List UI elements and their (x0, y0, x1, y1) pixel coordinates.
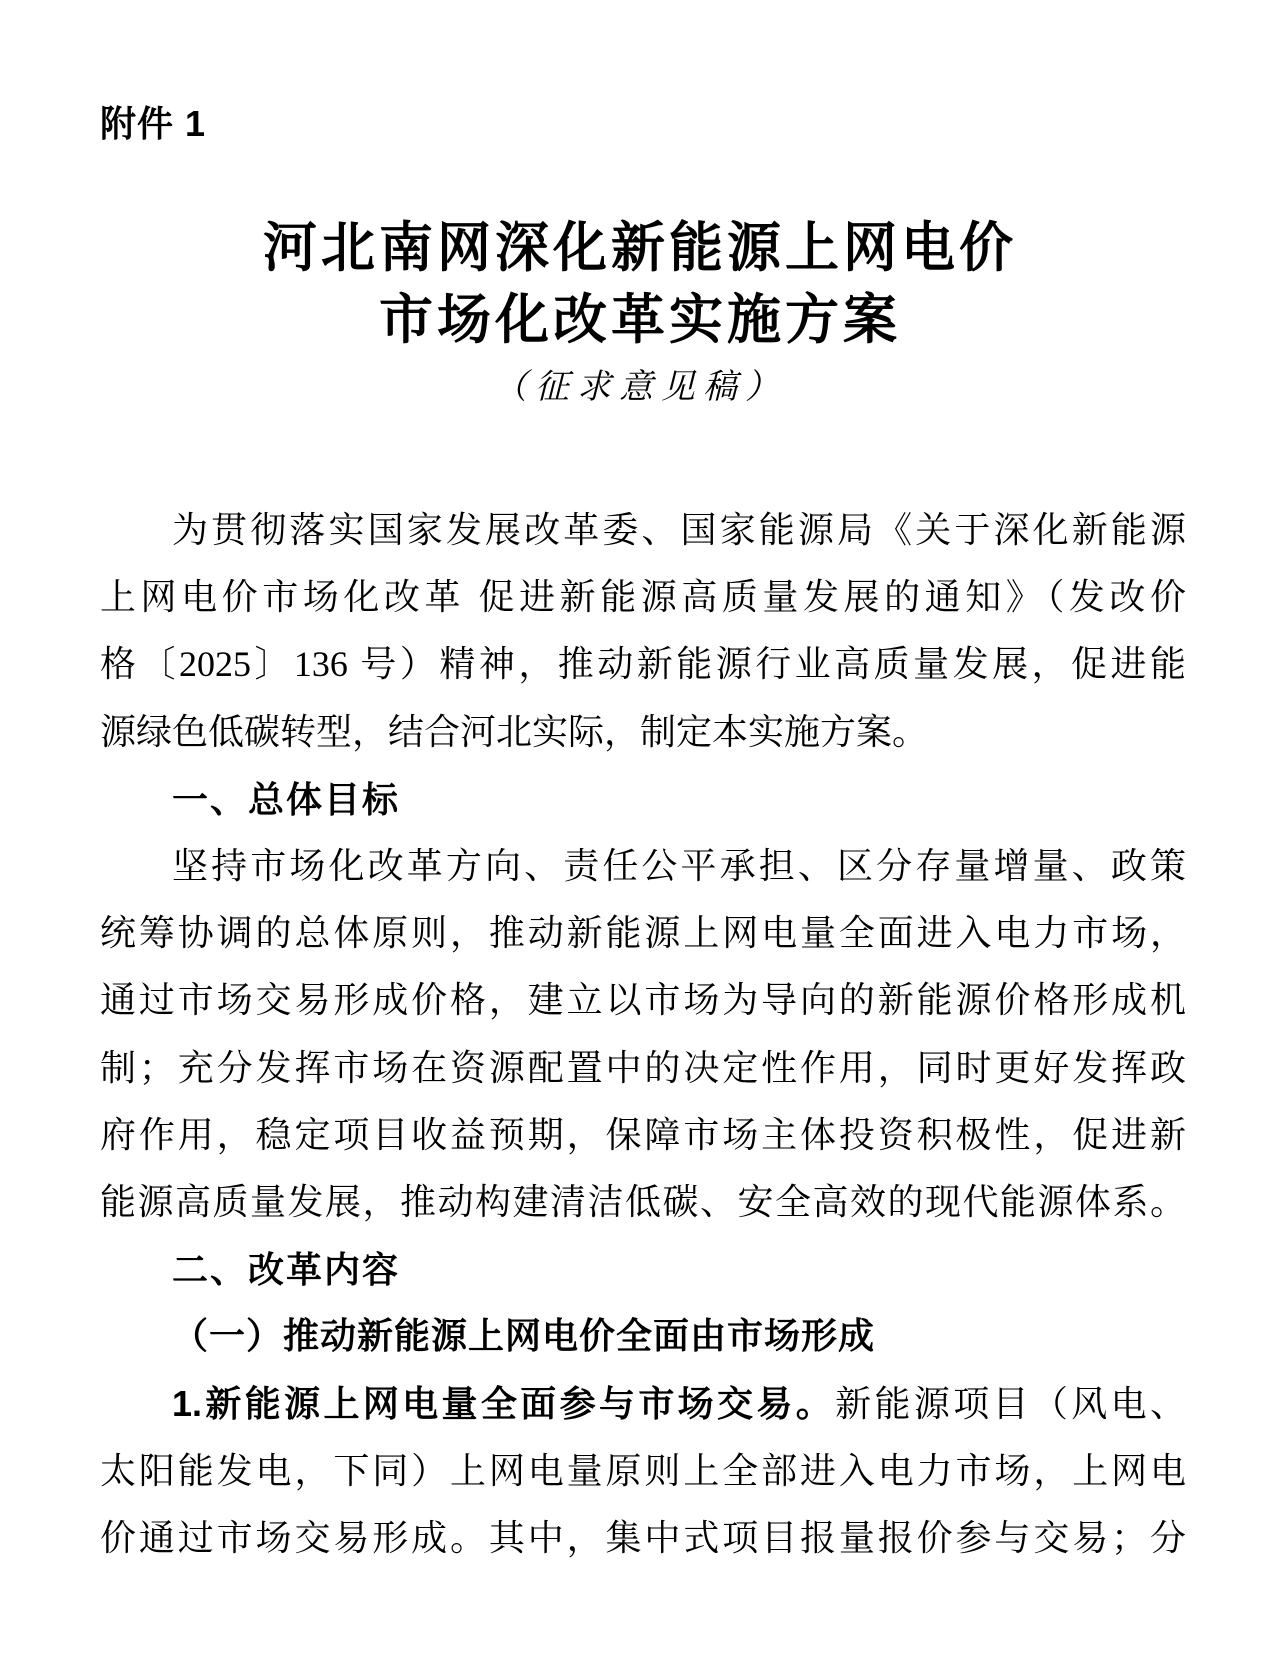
section-heading-1: 一、总体目标 (100, 766, 1186, 833)
body-line: 坚持市场化改革方向、责任公平承担、区分存量增量、政策 (100, 833, 1186, 900)
document-title: 河北南网深化新能源上网电价 市场化改革实施方案 (0, 212, 1280, 356)
body-line: 源绿色低碳转型，结合河北实际，制定本实施方案。 (100, 699, 1186, 766)
document-page: 附件 1 河北南网深化新能源上网电价 市场化改革实施方案 （征求意见稿） 为贯彻… (0, 0, 1280, 1659)
numbered-item-rest: 新能源项目（风电、 (835, 1384, 1186, 1424)
document-subtitle: （征求意见稿） (0, 366, 1280, 410)
document-body: 为贯彻落实国家发展改革委、国家能源局《关于深化新能源 上网电价市场化改革 促进新… (100, 497, 1186, 1572)
section-heading-2: 二、改革内容 (100, 1236, 1186, 1303)
body-line: 通过市场交易形成价格，建立以市场为导向的新能源价格形成机 (100, 967, 1186, 1034)
subsection-heading: （一）推动新能源上网电价全面由市场形成 (100, 1303, 1186, 1370)
body-line: 格〔2025〕136 号）精神，推动新能源行业高质量发展，促进能 (100, 631, 1186, 698)
body-line: 为贯彻落实国家发展改革委、国家能源局《关于深化新能源 (100, 497, 1186, 564)
body-line: 能源高质量发展，推动构建清洁低碳、安全高效的现代能源体系。 (100, 1169, 1186, 1236)
numbered-item-lead: 1.新能源上网电量全面参与市场交易。 (172, 1383, 835, 1424)
document-title-line-1: 河北南网深化新能源上网电价 (0, 212, 1280, 284)
body-line: 上网电价市场化改革 促进新能源高质量发展的通知》（发改价 (100, 564, 1186, 631)
attachment-label: 附件 1 (100, 102, 206, 146)
body-line-mixed: 1.新能源上网电量全面参与市场交易。新能源项目（风电、 (100, 1370, 1186, 1437)
body-line: 太阳能发电，下同）上网电量原则上全部进入电力市场，上网电 (100, 1438, 1186, 1505)
body-line: 价通过市场交易形成。其中，集中式项目报量报价参与交易；分 (100, 1505, 1186, 1572)
body-line: 府作用，稳定项目收益预期，保障市场主体投资积极性，促进新 (100, 1102, 1186, 1169)
body-line: 统筹协调的总体原则，推动新能源上网电量全面进入电力市场， (100, 900, 1186, 967)
body-line: 制；充分发挥市场在资源配置中的决定性作用，同时更好发挥政 (100, 1035, 1186, 1102)
document-title-line-2: 市场化改革实施方案 (0, 284, 1280, 356)
